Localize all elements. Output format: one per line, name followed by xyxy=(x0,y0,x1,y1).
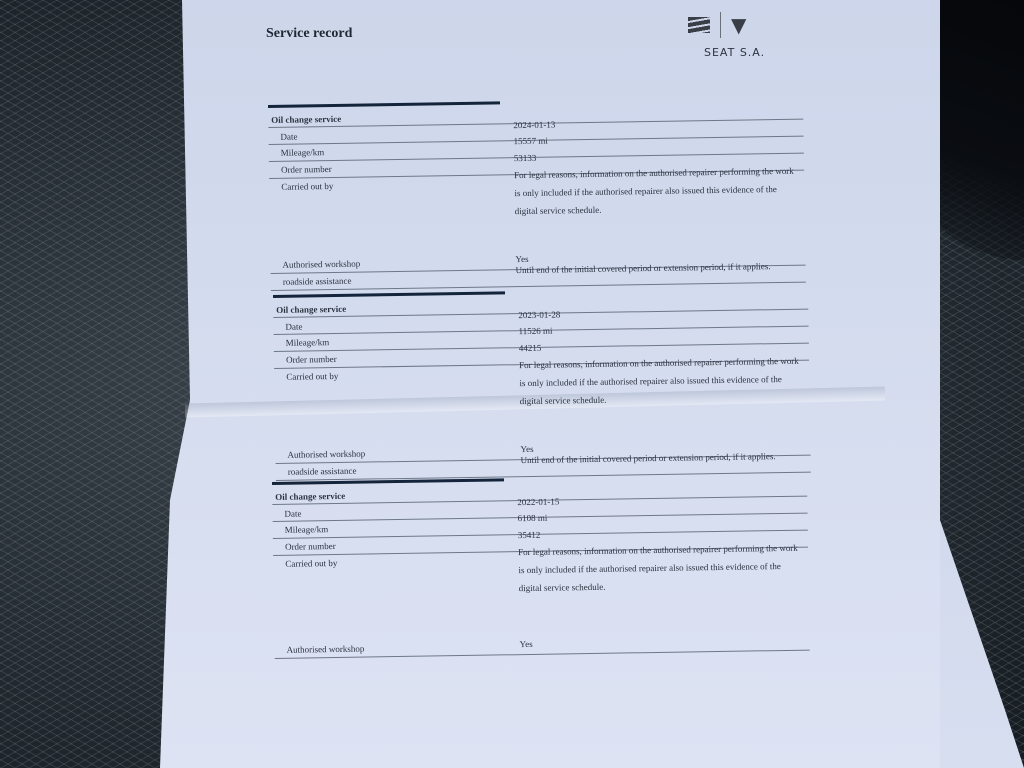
field-value: 11526 mi xyxy=(519,326,553,337)
field-value: Yes xyxy=(519,639,532,649)
field-label: Date xyxy=(285,322,302,332)
field-value: 6108 mi xyxy=(518,513,548,523)
field-label: Carried out by xyxy=(285,558,337,569)
field-label: Mileage/km xyxy=(286,337,330,348)
field-label: Order number xyxy=(286,354,337,365)
service-heading: Oil change service xyxy=(275,491,345,502)
field-label: Order number xyxy=(285,541,336,552)
field-label: Carried out by xyxy=(286,371,338,382)
field-label: Mileage/km xyxy=(285,524,329,535)
service-entry: Oil change serviceDate2024-01-13Mileage/… xyxy=(268,97,811,285)
field-label: Mileage/km xyxy=(281,147,325,158)
service-entry: Oil change serviceDate2023-01-28Mileage/… xyxy=(273,287,816,475)
field-label: Order number xyxy=(281,164,332,175)
brand-logos: ▼ xyxy=(688,12,746,38)
brand-name: SEAT S.A. xyxy=(704,46,765,59)
field-label: Date xyxy=(284,509,301,519)
field-label: Authorised workshop xyxy=(287,644,365,655)
field-label: Authorised workshop xyxy=(287,449,365,460)
field-value: 2024-01-13 xyxy=(513,119,555,130)
field-label: roadside assistance xyxy=(283,276,352,287)
field-value: 44215 xyxy=(519,343,542,353)
field-value: 2023-01-28 xyxy=(518,309,560,320)
field-label: roadside assistance xyxy=(288,466,357,477)
field-value: 2022-01-15 xyxy=(517,496,559,507)
field-label: Carried out by xyxy=(281,181,333,192)
field-value: Yes xyxy=(515,254,528,264)
field-label: Date xyxy=(280,132,297,142)
field-value: 35412 xyxy=(518,530,541,540)
cupra-logo-icon: ▼ xyxy=(731,15,746,35)
field-value: Yes xyxy=(520,444,533,454)
logo-divider xyxy=(720,12,721,38)
field-value: 15557 mi xyxy=(514,136,548,147)
field-label: Authorised workshop xyxy=(282,259,360,270)
service-entry: Oil change serviceDate2022-01-15Mileage/… xyxy=(272,474,815,662)
service-heading: Oil change service xyxy=(276,304,346,315)
field-value: 53133 xyxy=(514,153,537,163)
field-row: Authorised workshopYes xyxy=(273,564,809,659)
document-title: Service record xyxy=(266,26,352,42)
service-heading: Oil change service xyxy=(271,114,341,125)
seat-logo-icon xyxy=(688,17,710,33)
